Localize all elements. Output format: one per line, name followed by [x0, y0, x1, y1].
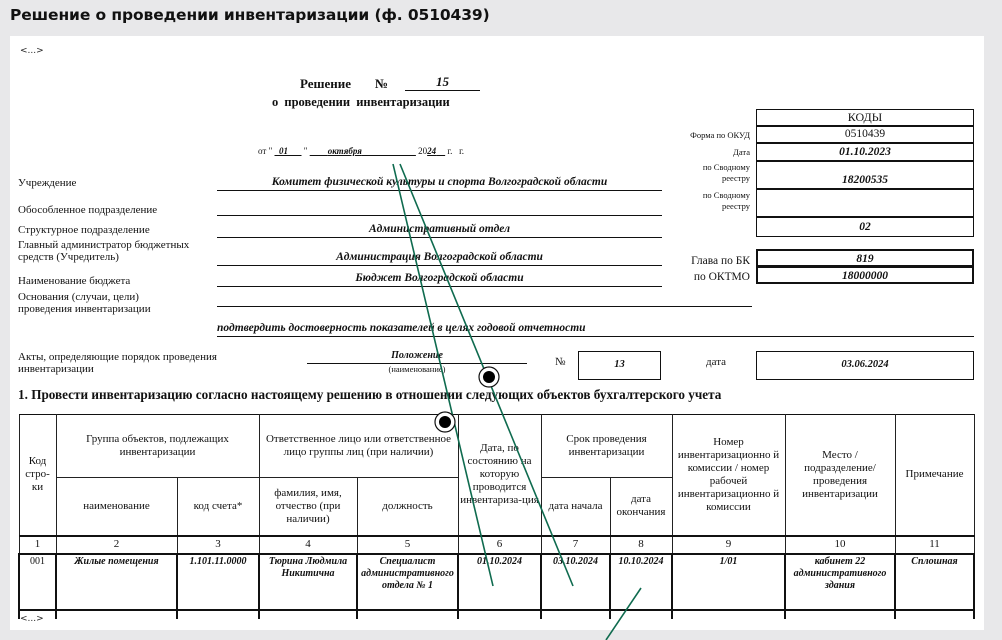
field-value-main-administrator: Администрация Волгоградской области — [217, 251, 662, 266]
header-place: Место /подразделение/ проведения инвента… — [785, 415, 895, 536]
header-period-end: дата окончания — [610, 478, 672, 536]
oktmo-code: 18000000 — [756, 266, 974, 284]
header-note: Примечание — [895, 415, 974, 536]
date-year: 24 — [427, 146, 436, 156]
omission-marker-bottom: <...> — [20, 614, 44, 624]
acts-date-label: дата — [706, 356, 726, 368]
header-group-account: код счета* — [177, 478, 259, 536]
cell-place: кабинет 22 административного здания — [785, 554, 895, 610]
date-month: октября — [328, 146, 362, 156]
field-value-separate-unit — [217, 201, 662, 216]
date-day: 01 — [279, 146, 288, 156]
date-code: 01.10.2023 — [756, 143, 974, 161]
registry-label-2: по Сводному реестру — [680, 190, 750, 212]
registry-code-2 — [756, 189, 974, 217]
header-period: Срок проведения инвентаризации — [541, 415, 672, 478]
cell-resp-position: Специалист административного отдела № 1 — [357, 554, 458, 610]
cell-note: Сплошная — [895, 554, 974, 610]
header-date-as-of: Дата, по состоянию на которую проводится… — [458, 415, 541, 536]
registry-label-1: по Сводному реестру — [680, 162, 750, 184]
acts-name: Положение — [307, 350, 527, 364]
header-resp-position: должность — [357, 478, 458, 536]
omission-marker-top: <...> — [20, 46, 44, 56]
cell-period-start: 03.10.2024 — [541, 554, 610, 610]
codes-header: КОДЫ — [756, 109, 974, 126]
field-label-grounds: Основания (случаи, цели) проведения инве… — [18, 291, 158, 315]
header-period-start: дата начала — [541, 478, 610, 536]
cell-account: 1.101.11.0000 — [177, 554, 259, 610]
acts-date: 03.06.2024 — [756, 351, 974, 380]
section-title: 1. Провести инвентаризацию согласно наст… — [18, 387, 721, 403]
header-group-name: наименование — [56, 478, 177, 536]
acts-number: 13 — [578, 351, 661, 380]
cell-code: 001 — [19, 554, 56, 610]
cell-date-as-of: 01.10.2024 — [458, 554, 541, 610]
field-value-structural-unit: Административный отдел — [217, 223, 662, 238]
page-title: Решение о проведении инвентаризации (ф. … — [10, 6, 490, 24]
header-responsible: Ответственное лицо или ответственное лиц… — [259, 415, 458, 478]
cell-period-end: 10.10.2024 — [610, 554, 672, 610]
acts-number-label: № — [555, 356, 566, 368]
field-value-institution: Комитет физической культуры и спорта Вол… — [217, 176, 662, 191]
document-sheet: <...> Решение № 15 о проведении инвентар… — [10, 36, 984, 630]
struct-code: 02 — [756, 217, 974, 237]
grounds-line — [217, 306, 752, 307]
cell-resp-name: Тюрина Людмила Никитична — [259, 554, 357, 610]
header-commission: Номер инвентаризационно й комиссии / ном… — [672, 415, 785, 536]
acts-label: Акты, определяющие порядок проведения ин… — [18, 351, 278, 375]
field-value-grounds: подтвердить достоверность показателей в … — [217, 322, 974, 337]
acts-name-caption: (наименование) — [307, 364, 527, 374]
field-value-budget: Бюджет Волгоградской области — [217, 272, 662, 287]
inventory-objects-table: Код стро-ки Группа объектов, подлежащих … — [18, 414, 975, 619]
okud-label: Форма по ОКУД — [640, 130, 750, 140]
okud-code: 0510439 — [756, 126, 974, 143]
field-label-separate-unit: Обособленное подразделение — [18, 204, 157, 216]
field-label-budget: Наименование бюджета — [18, 275, 130, 287]
date-code-label: Дата — [640, 147, 750, 157]
glava-code: 819 — [756, 249, 974, 267]
decision-title: Решение — [300, 76, 351, 92]
registry-code-1: 18200535 — [756, 161, 974, 189]
table-row: 001 Жилые помещения 1.101.11.0000 Тюрина… — [19, 554, 974, 610]
number-sign: № — [375, 76, 388, 92]
field-label-structural-unit: Структурное подразделение — [18, 224, 150, 236]
header-resp-name: фамилия, имя, отчество (при наличии) — [259, 478, 357, 536]
cell-group-name: Жилые помещения — [56, 554, 177, 610]
column-numbers-row: 1 2 3 4 5 6 7 8 9 10 11 — [19, 536, 974, 554]
decision-number: 15 — [405, 74, 480, 91]
cell-commission: 1/01 — [672, 554, 785, 610]
decision-date: от " 01 " октября 2024 г. г. — [258, 146, 464, 156]
field-label-institution: Учреждение — [18, 177, 76, 189]
field-label-main-administrator: Главный администратор бюджетных средств … — [18, 239, 218, 263]
table-row-continuation — [19, 610, 974, 619]
header-code: Код стро-ки — [19, 415, 56, 536]
decision-subtitle: о проведении инвентаризации — [272, 95, 450, 110]
header-group: Группа объектов, подлежащих инвентаризац… — [56, 415, 259, 478]
